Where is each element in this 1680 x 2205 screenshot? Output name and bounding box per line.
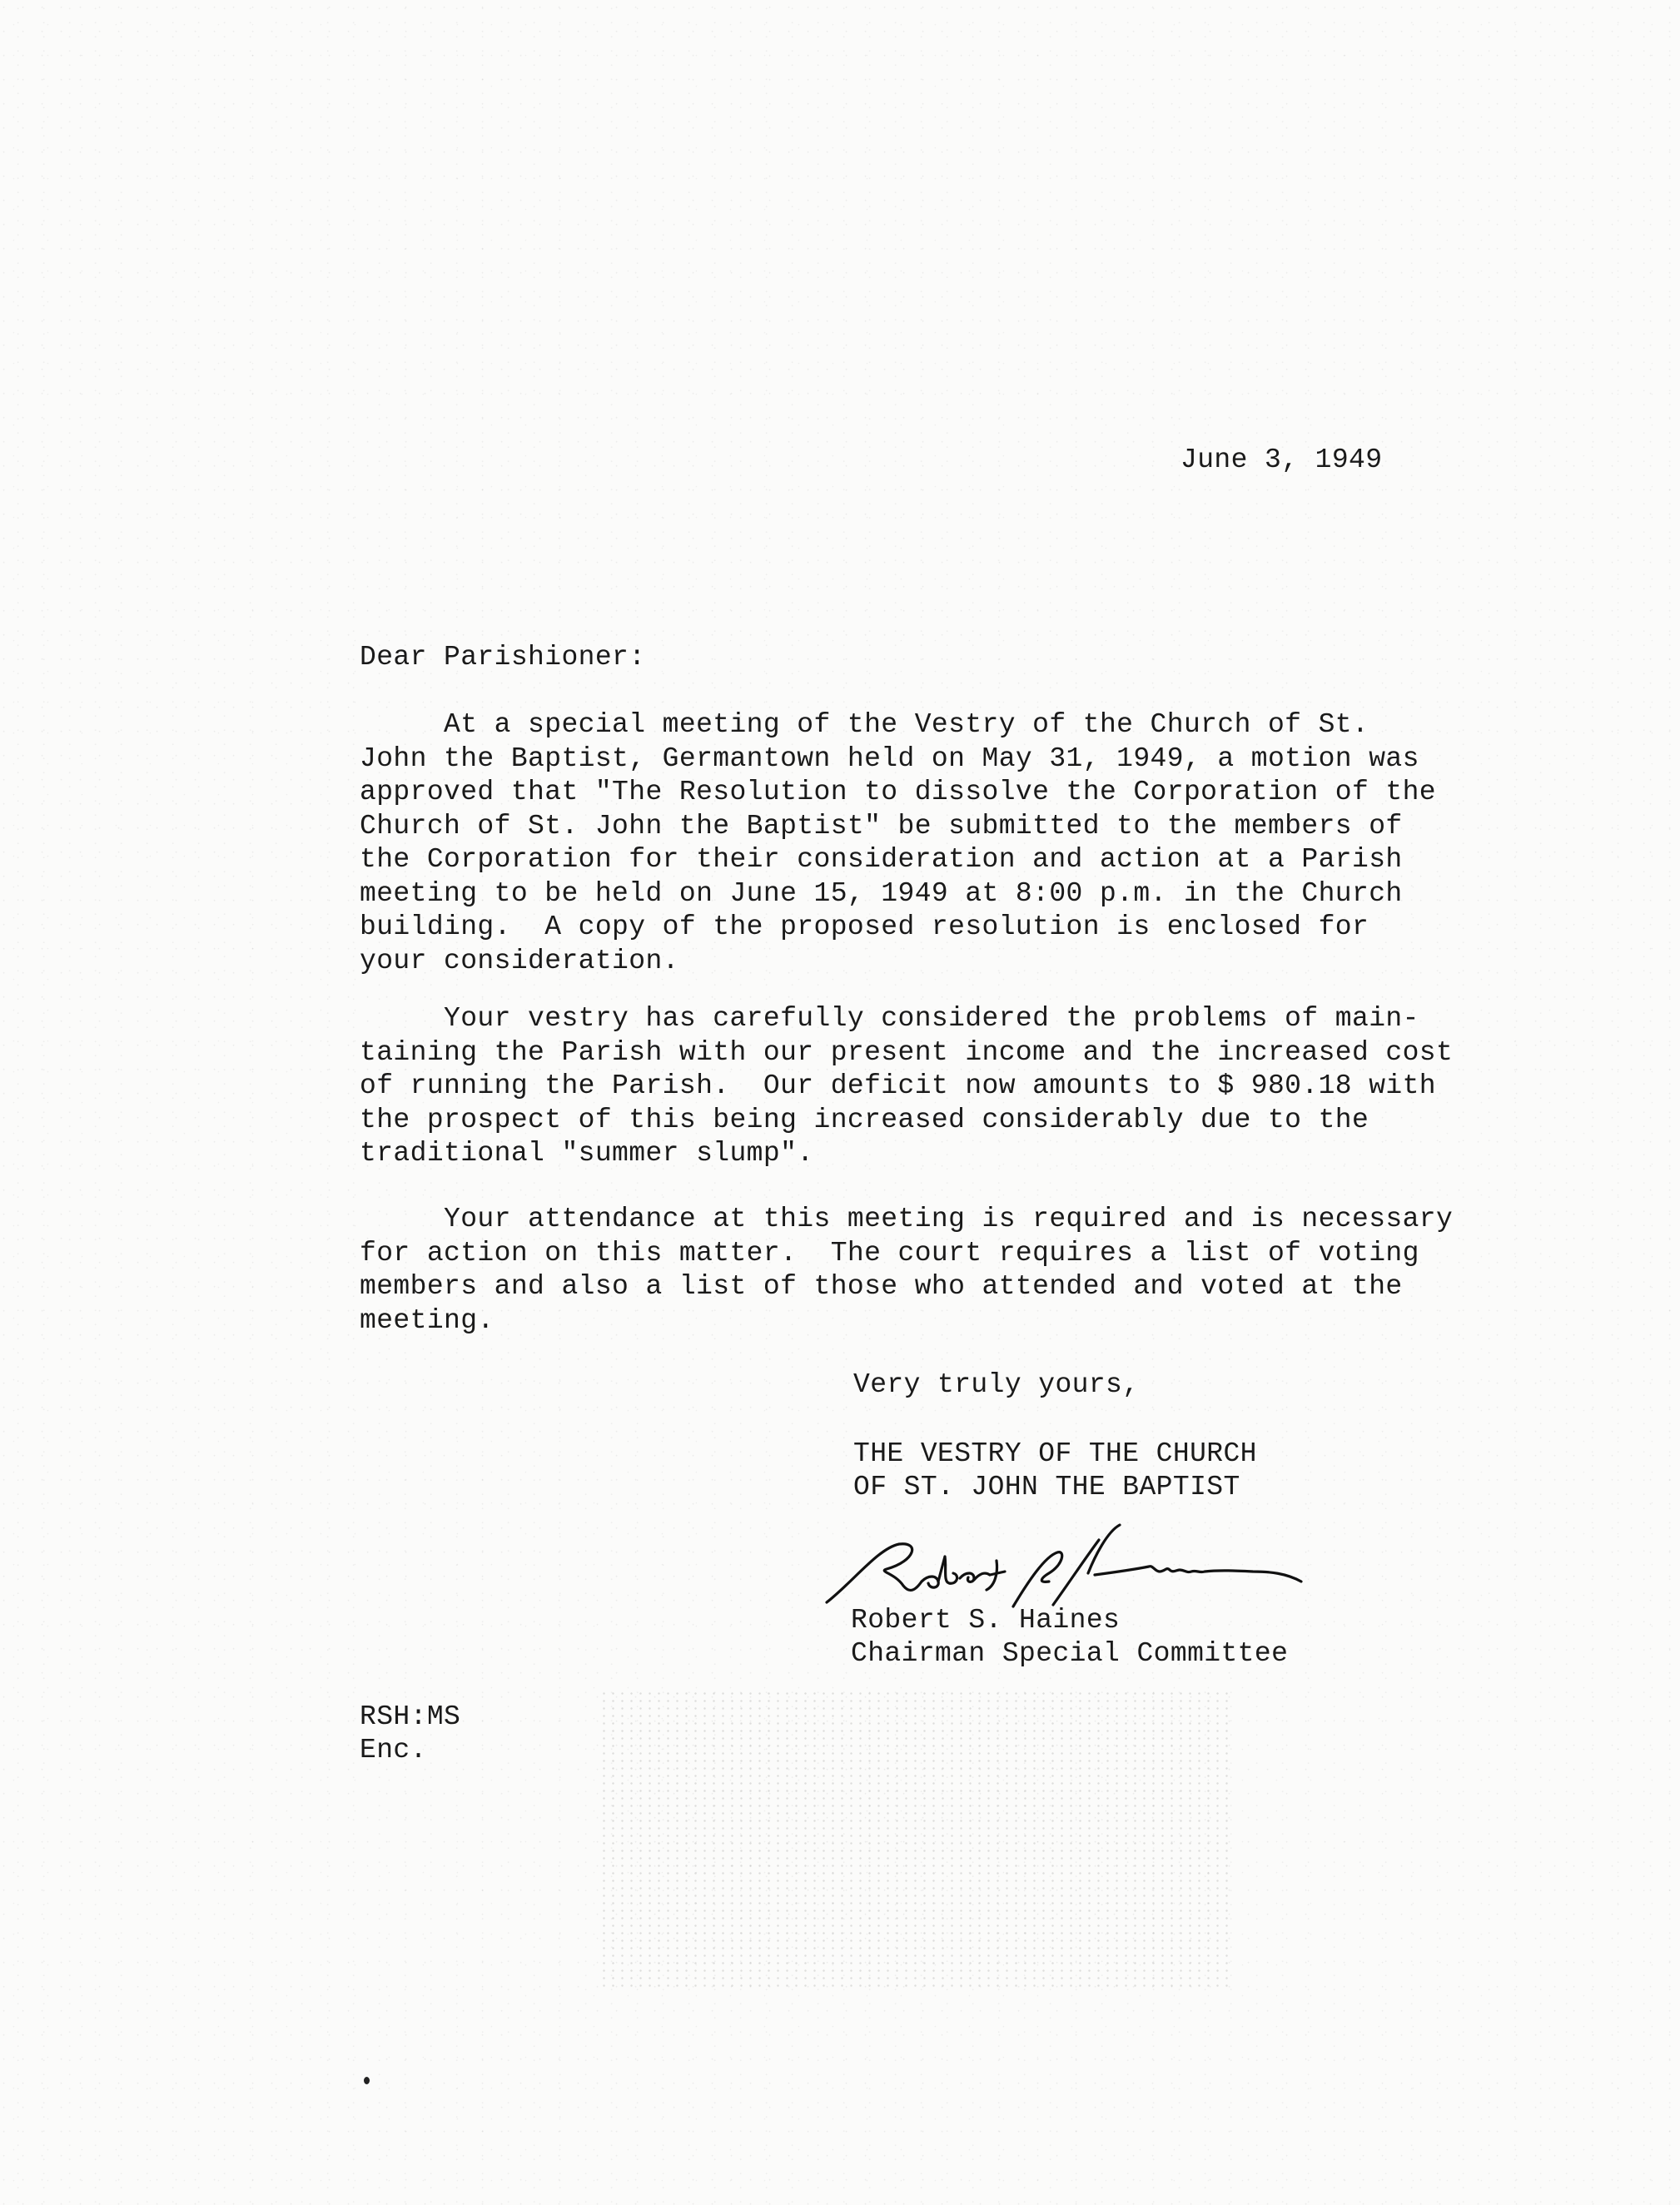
stray-mark: [364, 2077, 370, 2084]
organization-line-1: THE VESTRY OF THE CHURCH: [853, 1438, 1257, 1472]
signature-icon: [820, 1523, 1336, 1615]
closing: Very truly yours,: [853, 1368, 1139, 1403]
signer-name: Robert S. Haines: [851, 1604, 1120, 1638]
letter-date: June 3, 1949: [1180, 444, 1382, 478]
salutation: Dear Parishioner:: [360, 641, 645, 675]
signer-title: Chairman Special Committee: [851, 1637, 1288, 1671]
reference-initials: RSH:MS: [360, 1701, 460, 1735]
body-paragraph-3: Your attendance at this meeting is requi…: [360, 1203, 1484, 1338]
body-paragraph-1: At a special meeting of the Vestry of th…: [360, 708, 1484, 978]
body-paragraph-2: Your vestry has carefully considered the…: [360, 1002, 1484, 1171]
faded-stamp-bleedthrough: [599, 1690, 1232, 1989]
organization-line-2: OF ST. JOHN THE BAPTIST: [853, 1471, 1240, 1505]
enclosure-notation: Enc.: [360, 1734, 427, 1768]
